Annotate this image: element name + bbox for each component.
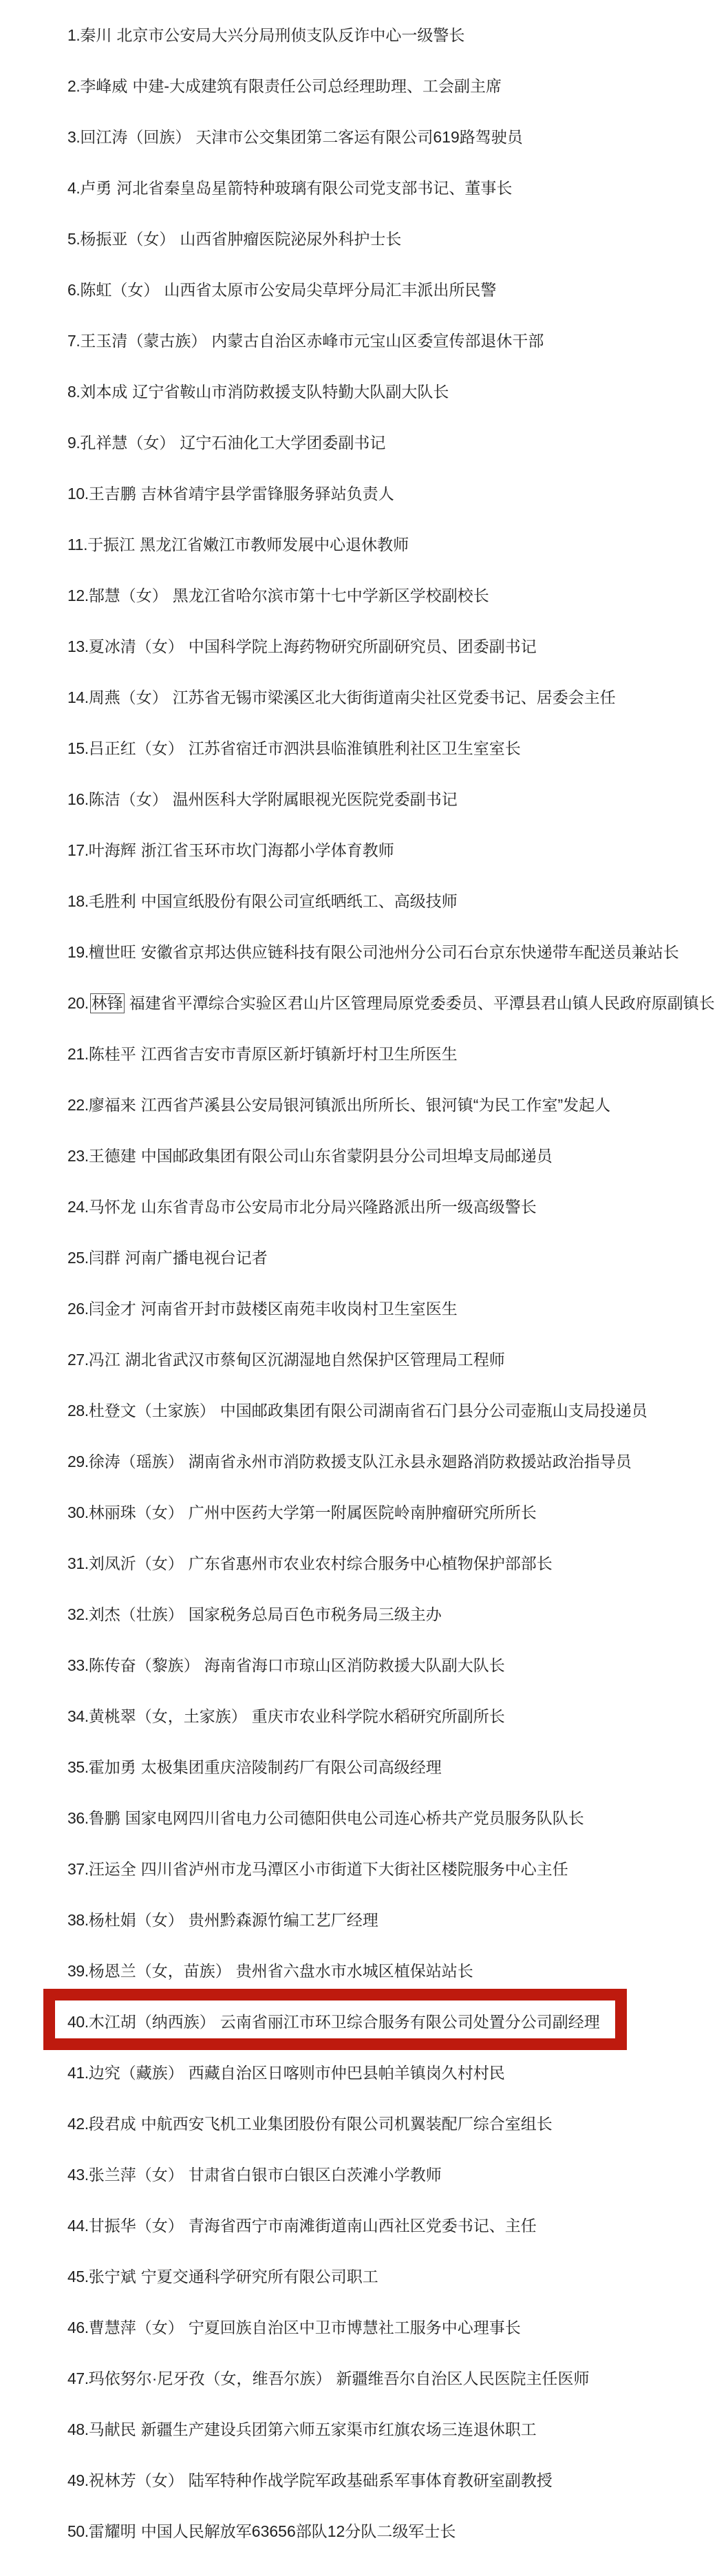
person-position: 湖南省永州市消防救援支队江永县永廻路消防救援站政治指导员 [189, 1452, 632, 1472]
item-number: 17. [67, 841, 89, 861]
person-tag: （女） [136, 637, 184, 657]
person-name: 于振江 [87, 535, 135, 555]
person-tag: （女） [136, 2471, 184, 2491]
item-number: 48. [67, 2420, 89, 2440]
person-position: 山西省太原市公安局尖草坪分局汇丰派出所民警 [164, 280, 496, 300]
page: 1.秦川北京市公安局大兴分局刑侦支队反诈中心一级警长 2.李峰威中建-大成建筑有… [0, 0, 728, 2576]
item-number: 36. [67, 1808, 89, 1828]
person-name: 孔祥慧 [80, 433, 127, 453]
item-number: 11. [67, 535, 87, 555]
person-tag: （女） [120, 790, 168, 810]
person-name: 李峰威 [80, 76, 127, 96]
item-number: 20. [67, 993, 89, 1013]
person-position: 辽宁石油化工大学团委副书记 [180, 433, 385, 453]
item-number: 13. [67, 637, 89, 657]
person-name: 杨杜娟 [89, 1910, 136, 1930]
person-name: 陈传奋 [89, 1656, 136, 1676]
person-name: 秦川 [80, 25, 111, 45]
item-number: 14. [67, 688, 89, 708]
person-tag: （女） [136, 1554, 184, 1574]
person-tag: （女） [127, 433, 175, 453]
item-number: 28. [67, 1401, 89, 1421]
item-number: 41. [67, 2063, 89, 2083]
person-tag: （黎族） [136, 1656, 200, 1676]
list-item: 29.徐涛（瑶族）湖南省永州市消防救援支队江永县永廻路消防救援站政治指导员 [0, 1436, 728, 1487]
list-item: 16.陈洁（女）温州医科大学附属眼视光医院党委副书记 [0, 774, 728, 825]
person-position: 黑龙江省哈尔滨市第十七中学新区学校副校长 [173, 586, 489, 606]
item-number: 12. [67, 586, 89, 606]
item-number: 44. [67, 2216, 89, 2236]
list-item: 32.刘杰（壮族）国家税务总局百色市税务局三级主办 [0, 1589, 728, 1640]
item-number: 31. [67, 1554, 89, 1574]
person-tag: （藏族） [120, 2063, 184, 2083]
item-number: 4. [67, 178, 80, 198]
person-position: 贵州黔森源竹编工艺厂经理 [189, 1910, 378, 1930]
list-item: 23.王德建中国邮政集团有限公司山东省蒙阴县分公司坦埠支局邮递员 [0, 1130, 728, 1181]
person-name: 杜登文 [89, 1401, 136, 1421]
list-item: 1.秦川北京市公安局大兴分局刑侦支队反诈中心一级警长 [0, 10, 728, 61]
item-number: 6. [67, 280, 80, 300]
item-number: 2. [67, 76, 80, 96]
person-name: 刘本成 [80, 382, 127, 402]
person-name: 冯江 [89, 1350, 120, 1370]
person-name: 汪运全 [89, 1859, 136, 1879]
person-name: 夏冰清 [89, 637, 136, 657]
person-tag: （女，维吾尔族） [204, 2369, 331, 2389]
person-name: 杨恩兰 [89, 1961, 136, 1981]
person-tag: （女） [120, 688, 168, 708]
person-tag: （女） [136, 1910, 184, 1930]
person-position: 山西省肿瘤医院泌尿外科护士长 [180, 229, 401, 249]
list-item: 47.玛依努尔·尼牙孜（女，维吾尔族）新疆维吾尔自治区人民医院主任医师 [0, 2353, 728, 2404]
list-item: 3.回江涛（回族）天津市公交集团第二客运有限公司619路驾驶员 [0, 112, 728, 162]
person-tag: （纳西族） [136, 2012, 215, 2032]
list-item: 6.陈虹（女）山西省太原市公安局尖草坪分局汇丰派出所民警 [0, 264, 728, 315]
list-item: 40.木江胡（纳西族）云南省丽江市环卫综合服务有限公司处置分公司副经理 [0, 1996, 728, 2047]
item-number: 39. [67, 1961, 89, 1981]
person-position: 浙江省玉环市坎门海都小学体育教师 [141, 841, 394, 861]
item-number: 21. [67, 1044, 89, 1064]
person-name: 张兰萍 [89, 2165, 136, 2185]
person-name: 林锋 [90, 993, 125, 1013]
list-item: 2.李峰威中建-大成建筑有限责任公司总经理助理、工会副主席 [0, 61, 728, 112]
person-position: 天津市公交集团第二客运有限公司619路驾驶员 [195, 127, 522, 147]
person-name: 王德建 [89, 1146, 136, 1166]
list-item: 10.王吉鹏吉林省靖宇县学雷锋服务驿站负责人 [0, 468, 728, 519]
person-position: 中国人民解放军63656部队12分队二级军士长 [141, 2522, 456, 2542]
person-position: 中航西安飞机工业集团股份有限公司机翼装配厂综合室组长 [141, 2114, 553, 2134]
person-position: 宁夏交通科学研究所有限公司职工 [141, 2267, 378, 2287]
person-position: 河南省开封市鼓楼区南苑丰收岗村卫生室医生 [141, 1299, 458, 1319]
list-item: 22.廖福来江西省芦溪县公安局银河镇派出所所长、银河镇“为民工作室”发起人 [0, 1079, 728, 1130]
list-item: 31.刘凤沂（女）广东省惠州市农业农村综合服务中心植物保护部部长 [0, 1538, 728, 1589]
person-position: 福建省平潭综合实验区君山片区管理局原党委委员、平潭县君山镇人民政府原副镇长 [129, 993, 715, 1013]
person-name: 回江涛 [80, 127, 127, 147]
person-name: 徐涛 [89, 1452, 120, 1472]
person-name: 雷耀明 [89, 2522, 136, 2542]
list-item: 37.汪运全四川省泸州市龙马潭区小市街道下大街社区楼院服务中心主任 [0, 1844, 728, 1894]
list-item: 28.杜登文（土家族）中国邮政集团有限公司湖南省石门县分公司壶瓶山支局投递员 [0, 1385, 728, 1436]
person-name: 闫群 [89, 1248, 120, 1268]
list-item: 7.王玉清（蒙古族）内蒙古自治区赤峰市元宝山区委宣传部退休干部 [0, 315, 728, 366]
list-item: 42.段君成中航西安飞机工业集团股份有限公司机翼装配厂综合室组长 [0, 2098, 728, 2149]
item-number: 42. [67, 2114, 89, 2134]
person-name: 王玉清 [80, 331, 127, 351]
item-number: 32. [67, 1605, 89, 1625]
person-name: 边究 [89, 2063, 120, 2083]
item-number: 24. [67, 1197, 89, 1217]
list-item: 5.杨振亚（女）山西省肿瘤医院泌尿外科护士长 [0, 213, 728, 264]
list-item: 48.马献民新疆生产建设兵团第六师五家渠市红旗农场三连退休职工 [0, 2404, 728, 2455]
item-number: 8. [67, 382, 80, 402]
person-position: 河北省秦皇岛星箭特种玻璃有限公司党支部书记、董事长 [116, 178, 512, 198]
person-tag: （女） [127, 229, 175, 249]
list-item: 49.祝林芳（女）陆军特种作战学院军政基础系军事体育教研室副教授 [0, 2455, 728, 2506]
person-name: 陈虹 [80, 280, 111, 300]
item-number: 50. [67, 2522, 89, 2542]
item-number: 26. [67, 1299, 89, 1319]
person-name: 刘杰 [89, 1605, 120, 1625]
honoree-list: 1.秦川北京市公安局大兴分局刑侦支队反诈中心一级警长 2.李峰威中建-大成建筑有… [0, 0, 728, 2557]
item-number: 22. [67, 1095, 89, 1115]
person-name: 卢勇 [80, 178, 111, 198]
list-item: 26.闫金才河南省开封市鼓楼区南苑丰收岗村卫生室医生 [0, 1283, 728, 1334]
person-position: 广州中医药大学第一附属医院岭南肿瘤研究所所长 [189, 1503, 537, 1523]
list-item: 18.毛胜利中国宣纸股份有限公司宣纸晒纸工、高级技师 [0, 876, 728, 927]
person-position: 中国邮政集团有限公司湖南省石门县分公司壶瓶山支局投递员 [220, 1401, 647, 1421]
person-name: 吕正红 [89, 739, 136, 759]
person-position: 中建-大成建筑有限责任公司总经理助理、工会副主席 [132, 76, 502, 96]
person-position: 河南广播电视台记者 [125, 1248, 268, 1268]
person-position: 广东省惠州市农业农村综合服务中心植物保护部部长 [189, 1554, 553, 1574]
person-name: 马怀龙 [89, 1197, 136, 1217]
person-position: 北京市公安局大兴分局刑侦支队反诈中心一级警长 [116, 25, 464, 45]
person-position: 温州医科大学附属眼视光医院党委副书记 [173, 790, 458, 810]
person-position: 吉林省靖宇县学雷锋服务驿站负责人 [141, 484, 394, 504]
person-name: 郜慧 [89, 586, 120, 606]
person-tag: （女） [136, 1503, 184, 1523]
person-position: 江西省芦溪县公安局银河镇派出所所长、银河镇“为民工作室”发起人 [141, 1095, 610, 1115]
item-number: 37. [67, 1859, 89, 1879]
person-tag: （女，苗族） [136, 1961, 231, 1981]
person-name: 刘凤沂 [89, 1554, 136, 1574]
person-position: 中国宣纸股份有限公司宣纸晒纸工、高级技师 [141, 891, 458, 911]
item-number: 35. [67, 1757, 89, 1777]
person-position: 内蒙古自治区赤峰市元宝山区委宣传部退休干部 [211, 331, 544, 351]
list-item: 43.张兰萍（女）甘肃省白银市白银区白茨滩小学教师 [0, 2149, 728, 2200]
person-name: 马献民 [89, 2420, 136, 2440]
item-number: 25. [67, 1248, 89, 1268]
person-tag: （女） [136, 2165, 184, 2185]
person-position: 中国邮政集团有限公司山东省蒙阴县分公司坦埠支局邮递员 [141, 1146, 553, 1166]
person-tag: （蒙古族） [127, 331, 206, 351]
item-number: 23. [67, 1146, 89, 1166]
item-number: 16. [67, 790, 89, 810]
person-tag: （女，土家族） [136, 1707, 247, 1727]
list-item: 4.卢勇河北省秦皇岛星箭特种玻璃有限公司党支部书记、董事长 [0, 162, 728, 213]
list-item: 11.于振江黑龙江省嫩江市教师发展中心退休教师 [0, 519, 728, 570]
list-item: 15.吕正红（女）江苏省宿迁市泗洪县临淮镇胜利社区卫生室室长 [0, 723, 728, 774]
person-tag: （女） [136, 2318, 184, 2338]
person-position: 江西省吉安市青原区新圩镇新圩村卫生所医生 [141, 1044, 458, 1064]
list-item: 44.甘振华（女）青海省西宁市南滩街道南山西社区党委书记、主任 [0, 2200, 728, 2251]
item-number: 19. [67, 942, 89, 962]
list-item: 19.檀世旺安徽省京邦达供应链科技有限公司池州分公司石台京东快递带车配送员兼站长 [0, 927, 728, 978]
list-item: 45.张宁斌宁夏交通科学研究所有限公司职工 [0, 2251, 728, 2302]
person-tag: （女） [120, 586, 168, 606]
list-item: 20.林锋福建省平潭综合实验区君山片区管理局原党委委员、平潭县君山镇人民政府原副… [0, 978, 728, 1028]
person-name: 叶海辉 [89, 841, 136, 861]
list-item: 25.闫群河南广播电视台记者 [0, 1232, 728, 1283]
person-name: 霍加勇 [89, 1757, 136, 1777]
person-name: 黄桃翠 [89, 1707, 136, 1727]
item-number: 29. [67, 1452, 89, 1472]
list-item: 46.曹慧萍（女）宁夏回族自治区中卫市博慧社工服务中心理事长 [0, 2302, 728, 2353]
item-number: 43. [67, 2165, 89, 2185]
person-position: 新疆生产建设兵团第六师五家渠市红旗农场三连退休职工 [141, 2420, 537, 2440]
item-number: 46. [67, 2318, 89, 2338]
list-item: 41.边究（藏族）西藏自治区日喀则市仲巴县帕羊镇岗久村村民 [0, 2047, 728, 2098]
person-position: 中国科学院上海药物研究所副研究员、团委副书记 [189, 637, 537, 657]
list-item: 21.陈桂平江西省吉安市青原区新圩镇新圩村卫生所医生 [0, 1028, 728, 1079]
person-position: 甘肃省白银市白银区白茨滩小学教师 [189, 2165, 442, 2185]
list-item: 27.冯江湖北省武汉市蔡甸区沉湖湿地自然保护区管理局工程师 [0, 1334, 728, 1385]
person-tag: （女） [136, 2216, 184, 2236]
item-number: 33. [67, 1656, 89, 1676]
person-position: 陆军特种作战学院军政基础系军事体育教研室副教授 [189, 2471, 553, 2491]
person-name: 闫金才 [89, 1299, 136, 1319]
person-tag: （女） [136, 739, 184, 759]
person-name: 廖福来 [89, 1095, 136, 1115]
list-item: 14.周燕（女）江苏省无锡市梁溪区北大街街道南尖社区党委书记、居委会主任 [0, 672, 728, 723]
item-number: 15. [67, 739, 89, 759]
person-tag: （女） [111, 280, 159, 300]
person-position: 宁夏回族自治区中卫市博慧社工服务中心理事长 [189, 2318, 521, 2338]
person-position: 山东省青岛市公安局市北分局兴隆路派出所一级高级警长 [141, 1197, 537, 1217]
person-name: 张宁斌 [89, 2267, 136, 2287]
person-position: 太极集团重庆涪陵制药厂有限公司高级经理 [141, 1757, 442, 1777]
list-item: 24.马怀龙山东省青岛市公安局市北分局兴隆路派出所一级高级警长 [0, 1181, 728, 1232]
item-number: 45. [67, 2267, 89, 2287]
list-item: 34.黄桃翠（女，土家族）重庆市农业科学院水稻研究所副所长 [0, 1691, 728, 1742]
person-name: 王吉鹏 [89, 484, 136, 504]
item-number: 18. [67, 891, 89, 911]
list-item: 36.鲁鹏国家电网四川省电力公司德阳供电公司连心桥共产党员服务队队长 [0, 1793, 728, 1844]
person-position: 重庆市农业科学院水稻研究所副所长 [252, 1707, 505, 1727]
list-item: 8.刘本成辽宁省鞍山市消防救援支队特勤大队副大队长 [0, 366, 728, 417]
item-number: 38. [67, 1910, 89, 1930]
list-item: 12.郜慧（女）黑龙江省哈尔滨市第十七中学新区学校副校长 [0, 570, 728, 621]
person-name: 玛依努尔·尼牙孜 [89, 2369, 205, 2389]
person-tag: （土家族） [136, 1401, 215, 1421]
person-name: 甘振华 [89, 2216, 136, 2236]
list-item: 33.陈传奋（黎族）海南省海口市琼山区消防救援大队副大队长 [0, 1640, 728, 1691]
list-item: 9.孔祥慧（女）辽宁石油化工大学团委副书记 [0, 417, 728, 468]
person-name: 木江胡 [89, 2012, 136, 2032]
person-position: 贵州省六盘水市水城区植保站站长 [236, 1961, 473, 1981]
item-number: 49. [67, 2471, 89, 2491]
person-position: 西藏自治区日喀则市仲巴县帕羊镇岗久村村民 [189, 2063, 505, 2083]
item-number: 10. [67, 484, 89, 504]
item-number: 34. [67, 1707, 89, 1727]
person-name: 杨振亚 [80, 229, 127, 249]
person-position: 黑龙江省嫩江市教师发展中心退休教师 [140, 535, 409, 555]
person-tag: （回族） [127, 127, 191, 147]
item-number: 40. [67, 2012, 89, 2032]
person-name: 毛胜利 [89, 891, 136, 911]
person-position: 新疆维吾尔自治区人民医院主任医师 [336, 2369, 589, 2389]
person-name: 周燕 [89, 688, 120, 708]
list-item: 50.雷耀明中国人民解放军63656部队12分队二级军士长 [0, 2506, 728, 2557]
list-item: 13.夏冰清（女）中国科学院上海药物研究所副研究员、团委副书记 [0, 621, 728, 672]
person-position: 江苏省宿迁市泗洪县临淮镇胜利社区卫生室室长 [189, 739, 521, 759]
person-name: 陈洁 [89, 790, 120, 810]
list-item: 38.杨杜娟（女）贵州黔森源竹编工艺厂经理 [0, 1894, 728, 1945]
person-position: 国家税务总局百色市税务局三级主办 [189, 1605, 442, 1625]
person-position: 国家电网四川省电力公司德阳供电公司连心桥共产党员服务队队长 [125, 1808, 584, 1828]
item-number: 9. [67, 433, 80, 453]
person-position: 四川省泸州市龙马潭区小市街道下大街社区楼院服务中心主任 [141, 1859, 568, 1879]
item-number: 27. [67, 1350, 89, 1370]
list-item: 35.霍加勇太极集团重庆涪陵制药厂有限公司高级经理 [0, 1742, 728, 1793]
person-name: 檀世旺 [89, 942, 136, 962]
person-position: 海南省海口市琼山区消防救援大队副大队长 [204, 1656, 505, 1676]
person-name: 祝林芳 [89, 2471, 136, 2491]
person-position: 青海省西宁市南滩街道南山西社区党委书记、主任 [189, 2216, 537, 2236]
person-name: 陈桂平 [89, 1044, 136, 1064]
person-name: 鲁鹏 [89, 1808, 120, 1828]
person-position: 江苏省无锡市梁溪区北大街街道南尖社区党委书记、居委会主任 [173, 688, 616, 708]
person-position: 湖北省武汉市蔡甸区沉湖湿地自然保护区管理局工程师 [125, 1350, 505, 1370]
person-position: 辽宁省鞍山市消防救援支队特勤大队副大队长 [132, 382, 449, 402]
list-item: 17.叶海辉浙江省玉环市坎门海都小学体育教师 [0, 825, 728, 876]
list-item: 30.林丽珠（女）广州中医药大学第一附属医院岭南肿瘤研究所所长 [0, 1487, 728, 1538]
person-name: 曹慧萍 [89, 2318, 136, 2338]
item-number: 1. [67, 25, 80, 45]
person-tag: （瑶族） [120, 1452, 184, 1472]
person-position: 安徽省京邦达供应链科技有限公司池州分公司石台京东快递带车配送员兼站长 [141, 942, 679, 962]
person-name: 段君成 [89, 2114, 136, 2134]
item-number: 3. [67, 127, 80, 147]
item-number: 30. [67, 1503, 89, 1523]
item-number: 5. [67, 229, 80, 249]
item-number: 47. [67, 2369, 89, 2389]
person-name: 林丽珠 [89, 1503, 136, 1523]
person-tag: （壮族） [120, 1605, 184, 1625]
person-position: 云南省丽江市环卫综合服务有限公司处置分公司副经理 [220, 2012, 600, 2032]
item-number: 7. [67, 331, 80, 351]
list-item: 39.杨恩兰（女，苗族）贵州省六盘水市水城区植保站站长 [0, 1945, 728, 1996]
